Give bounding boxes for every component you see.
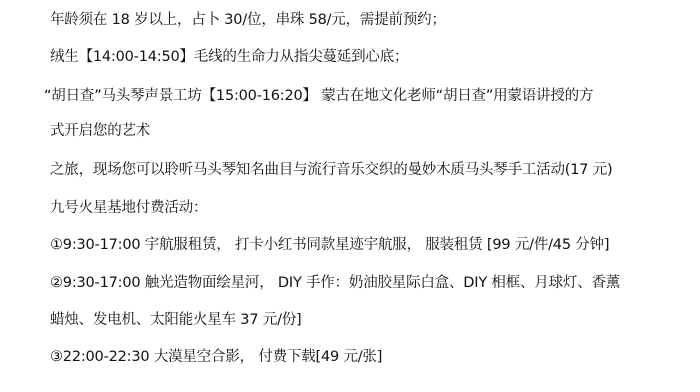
text-line-morin-khuur-details: 之旅，现场您可以聆听马头琴知名曲目与流行音乐交织的曼妙木质马头琴手工活动(17 … <box>50 160 612 180</box>
text-line-morin-khuur-workshop: “胡日查”马头琴声景工坊【15:00-16:20】 蒙古在地文化老师“胡日查”用… <box>44 86 593 106</box>
text-line-age-requirement: 年龄须在 18 岁以上，占卜 30/位，串珠 58/元，需提前预约； <box>50 10 446 30</box>
text-line-morin-khuur-continued: 式开启您的艺术 <box>50 121 150 141</box>
text-line-diy-crafts-continued: 蜡烛、发电机、太阳能火星车 37 元/份] <box>50 310 302 330</box>
section-heading-paid-activities: 九号火星基地付费活动： <box>50 198 207 218</box>
text-line-starry-sky-photo: ③22:00-22:30 大漠星空合影， 付费下载[49 元/张] <box>50 347 382 367</box>
text-line-diy-crafts: ②9:30-17:00 触光造物面绘星河， DIY 手作：奶油胶星际白盒、DIY… <box>50 273 620 293</box>
text-line-felting-activity: 绒生【14:00-14:50】毛线的生命力从指尖蔓延到心底； <box>50 47 408 67</box>
text-line-spacesuit-rental: ①9:30-17:00 宇航服租赁， 打卡小红书同款星迹宇航服， 服装租赁 [9… <box>50 235 609 255</box>
